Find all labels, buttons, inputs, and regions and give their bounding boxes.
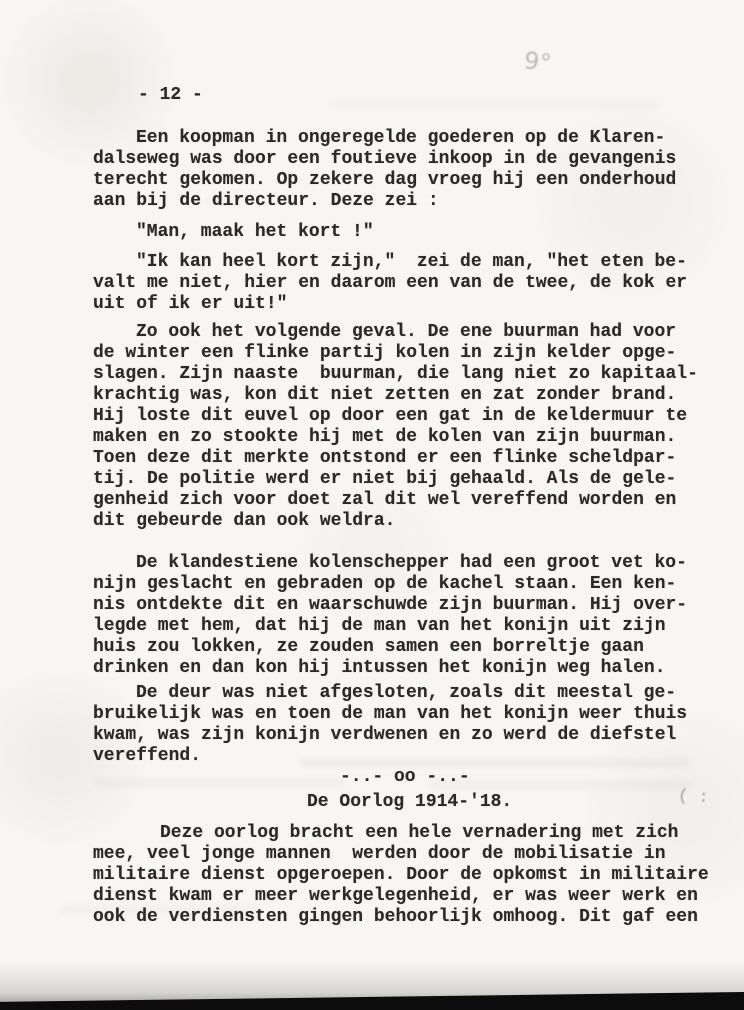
text-line: drinken en dan kon hij intussen het koni… xyxy=(93,658,718,679)
quote-paragraph: "Ik kan heel kort zijn," zei de man, "he… xyxy=(93,252,718,315)
page-number: - 12 - xyxy=(93,85,718,106)
section-heading: De Oorlog 1914-'18. xyxy=(93,792,718,813)
text-line: vereffend. xyxy=(93,746,718,767)
text-line: tij. De politie werd er niet bij gehaald… xyxy=(93,469,718,490)
paragraph: Een koopman in ongeregelde goederen op d… xyxy=(93,128,718,212)
text-line: ook de verdiensten gingen behoorlijk omh… xyxy=(93,907,718,928)
text-line: slagen. Zijn naaste buurman, die lang ni… xyxy=(93,364,718,385)
text-line: "Ik kan heel kort zijn," zei de man, "he… xyxy=(93,252,718,273)
text-line: Zo ook het volgende geval. De ene buurma… xyxy=(93,322,718,343)
text-line: dit gebeurde dan ook weldra. xyxy=(93,511,718,532)
paragraph: Deze oorlog bracht een hele vernadering … xyxy=(93,823,718,928)
page-text-column: - 12 - Een koopman in ongeregelde goeder… xyxy=(93,85,718,928)
text-line: De klandestiene kolenschepper had een gr… xyxy=(93,553,718,574)
paragraph: Zo ook het volgende geval. De ene buurma… xyxy=(93,322,718,532)
text-line: De deur was niet afgesloten, zoals dit m… xyxy=(93,683,718,704)
paragraph: De deur was niet afgesloten, zoals dit m… xyxy=(93,683,718,767)
section-separator: -..- oo -..- xyxy=(93,767,718,788)
text-line: Hij loste dit euvel op door een gat in d… xyxy=(93,406,718,427)
text-line: kwam, was zijn konijn verdwenen en zo we… xyxy=(93,725,718,746)
text-line: legde met hem, dat hij de man van het ko… xyxy=(93,616,718,637)
text-line: nis ontdekte dit en waarschuwde zijn buu… xyxy=(93,595,718,616)
text-line: huis zou lokken, ze zouden samen een bor… xyxy=(93,637,718,658)
text-line: aan bij de directeur. Deze zei : xyxy=(93,191,718,212)
text-line: militaire dienst opgeroepen. Door de opk… xyxy=(93,865,718,886)
text-line: uit of ik er uit!" xyxy=(93,294,718,315)
text-line: de winter een flinke partij kolen in zij… xyxy=(93,343,718,364)
text-line: nijn geslacht en gebraden op de kachel s… xyxy=(93,574,718,595)
text-line: Een koopman in ongeregelde goederen op d… xyxy=(93,128,718,149)
text-line: genheid zich voor doet zal dit wel veref… xyxy=(93,490,718,511)
text-line: valt me niet, hier en daarom een van de … xyxy=(93,273,718,294)
text-line: krachtig was, kon dit niet zetten en zat… xyxy=(93,385,718,406)
text-line: Toen deze dit merkte ontstond er een fli… xyxy=(93,448,718,469)
pencil-mark: 9° xyxy=(522,46,553,78)
text-line: Deze oorlog bracht een hele vernadering … xyxy=(93,823,718,844)
text-line: bruikelijk was en toen de man van het ko… xyxy=(93,704,718,725)
text-line: "Man, maak het kort !" xyxy=(93,222,718,243)
scanned-document-page: 9° ( : - 12 - Een koopman in ongeregelde… xyxy=(0,0,744,1010)
text-line: mee, veel jonge mannen werden door de mo… xyxy=(93,844,718,865)
paragraph: De klandestiene kolenschepper had een gr… xyxy=(93,553,718,679)
text-line: maken en zo stookte hij met de kolen van… xyxy=(93,427,718,448)
text-line: dalseweg was door een foutieve inkoop in… xyxy=(93,149,718,170)
quote-paragraph: "Man, maak het kort !" xyxy=(93,222,718,243)
text-line: dienst kwam er meer werkgelegenheid, er … xyxy=(93,886,718,907)
text-line: terecht gekomen. Op zekere dag vroeg hij… xyxy=(93,170,718,191)
